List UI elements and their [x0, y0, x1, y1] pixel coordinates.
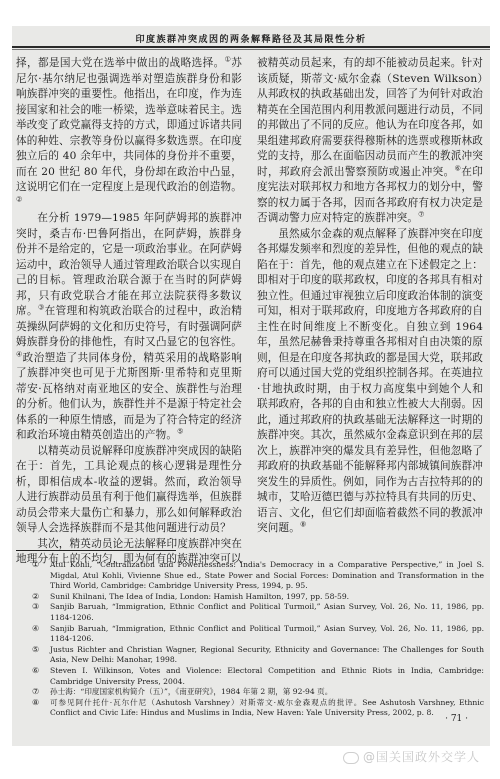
paragraph: 择，都是国大党在选举中做出的战略选择。①苏尼尔·基尔纳尼也强调选举对塑造族群身份…	[16, 56, 242, 211]
footnote-text: Atul Kohli, “Centralization and Powerles…	[50, 560, 484, 592]
footnote-marker[interactable]: ②	[16, 195, 22, 203]
footnote-separator	[16, 550, 176, 551]
left-column: 择，都是国大党在选举中做出的战略选择。①苏尼尔·基尔纳尼也强调选举对塑造族群身份…	[16, 56, 242, 568]
footnote-marker[interactable]: ⑦	[418, 210, 424, 218]
footnote-number: ⑦	[32, 687, 50, 698]
footnote-item: ⑦ 孙士海：“印度国家机构简介（五）”，《南亚研究》，1984 年第 2 期，第…	[32, 687, 484, 698]
paragraph: 在分析 1979—1985 年阿萨姆邦的族群冲突时，桑吉布·巴鲁阿指出，在阿萨姆…	[16, 211, 242, 444]
journal-page: 印度族群冲突成因的两条解释路径及其局限性分析 择，都是国大党在选举中做出的战略选…	[12, 26, 490, 746]
footnote-marker[interactable]: ③	[38, 303, 45, 311]
wechat-logo-icon	[343, 752, 359, 764]
footnote-text: Justus Richter and Christian Wagner, Reg…	[50, 645, 484, 666]
footnote-text: Sanjib Baruah, “Immigration, Ethnic Conf…	[50, 624, 484, 645]
header-rule	[12, 46, 490, 48]
footnote-text: Steven I. Wilkinson, Votes and Violence:…	[50, 666, 484, 687]
footnote-text: 孙士海：“印度国家机构简介（五）”，《南亚研究》，1984 年第 2 期，第 9…	[50, 687, 484, 698]
footnote-item: ① Atul Kohli, “Centralization and Powerl…	[32, 560, 484, 592]
footnote-item: ③ Sanjib Baruah, “Immigration, Ethnic Co…	[32, 602, 484, 623]
footnote-item: ② Sunil Khilnani, The Idea of India, Lon…	[32, 592, 484, 603]
paragraph: 被精英动员起来，有的却不能被动员起来。针对该质疑，斯蒂文·威尔金森（Steven…	[257, 56, 483, 227]
header-rule-thin	[12, 49, 490, 50]
footnote-marker[interactable]: ⑤	[177, 427, 183, 435]
footnote-number: ⑧	[32, 698, 50, 719]
footnote-marker[interactable]: ④	[16, 350, 23, 358]
footnote-number: ③	[32, 602, 50, 623]
footnote-item: ⑧ 可参见阿什托什·瓦尔什尼（Ashutosh Varshney）对斯蒂文·威尔…	[32, 698, 484, 719]
footnote-text: Sunil Khilnani, The Idea of India, Londo…	[50, 592, 484, 603]
footnote-item: ⑥ Steven I. Wilkinson, Votes and Violenc…	[32, 666, 484, 687]
running-head: 印度族群冲突成因的两条解释路径及其局限性分析	[12, 32, 490, 45]
right-column: 被精英动员起来，有的却不能被动员起来。针对该质疑，斯蒂文·威尔金森（Steven…	[257, 56, 483, 537]
footnote-text: Sanjib Baruah, “Immigration, Ethnic Conf…	[50, 602, 484, 623]
footnote-number: ⑥	[32, 666, 50, 687]
footnote-number: ④	[32, 624, 50, 645]
footnote-item: ⑤ Justus Richter and Christian Wagner, R…	[32, 645, 484, 666]
paragraph: 虽然威尔金森的观点解释了族群冲突在印度各邦爆发频率和烈度的差异性，但他的观点的缺…	[257, 227, 483, 537]
paragraph: 以精英动员说解释印度族群冲突成因的缺陷在于：首先，工具论观点的核心逻辑是理性分析…	[16, 444, 242, 537]
watermark-text: @国关国政外交学人	[363, 750, 480, 764]
page-number: · 71 ·	[445, 714, 468, 724]
footnote-number: ⑤	[32, 645, 50, 666]
footnote-text: 可参见阿什托什·瓦尔什尼（Ashutosh Varshney）对斯蒂文·威尔金森…	[50, 698, 484, 719]
watermark: @国关国政外交学人	[343, 748, 480, 765]
footnote-number: ①	[32, 560, 50, 592]
footnotes-list: ① Atul Kohli, “Centralization and Powerl…	[32, 560, 484, 719]
footnote-marker[interactable]: ⑧	[300, 520, 306, 528]
footnote-number: ②	[32, 592, 50, 603]
footnote-item: ④ Sanjib Baruah, “Immigration, Ethnic Co…	[32, 624, 484, 645]
